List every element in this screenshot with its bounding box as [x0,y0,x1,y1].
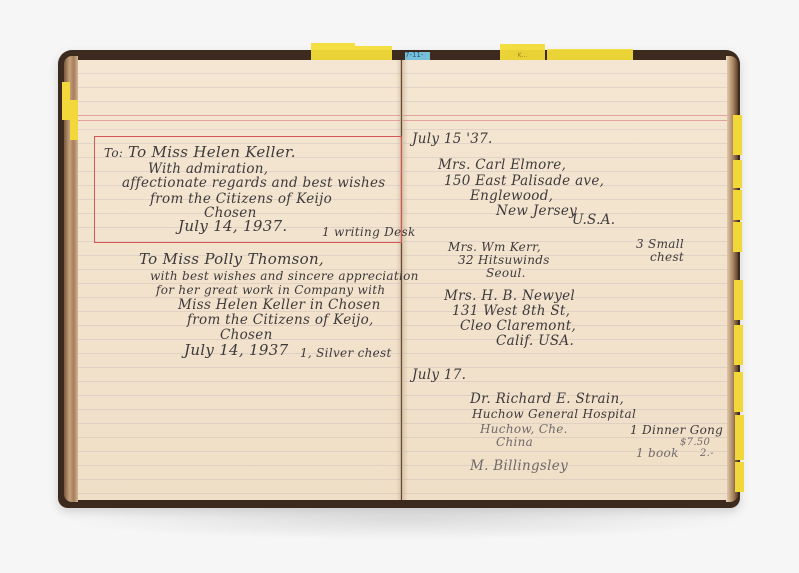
side-tab [735,415,744,460]
side-tab [734,325,743,365]
entry-line: 32 Hitsuwinds [458,253,550,267]
price-label: $7.50 [680,437,710,448]
billingsley-entry: M. Billingsley [470,458,568,474]
entry-line: Englewood, [470,188,553,204]
gift-label: chest [650,250,684,264]
side-tab [733,222,742,252]
header-rule [403,120,727,121]
side-tab [733,115,742,155]
entry-line: Cleo Claremont, [460,318,576,334]
entry-line: Calif. USA. [496,333,574,349]
header-rule [78,120,400,121]
entry-line: New Jersey [496,203,577,219]
left-edge-tab-1 [62,82,70,120]
price-label: 2.- [700,448,714,459]
entry-line: 150 East Palisade ave, [444,173,604,189]
left-edge-tab-2 [70,100,78,140]
entry-line: for her great work in Company with [156,283,385,297]
entry-line: Huchow General Hospital [472,407,636,421]
entry-line: Huchow, Che. [480,422,568,436]
gift-label: 1 writing Desk [322,225,416,239]
entry-date: July 14, 1937 [184,341,288,359]
gift-label: 1, Silver chest [300,346,392,360]
country-label: U.S.A. [572,212,615,228]
entry-line: 131 West 8th St, [452,303,570,319]
gift-label: 1 Dinner Gong [630,423,723,437]
entry-line: from the Citizens of Keijo, [187,312,374,328]
entry-line: Miss Helen Keller in Chosen [178,297,381,313]
entry-line: Mrs. Wm Kerr, [448,240,541,254]
side-tab [735,462,744,492]
entry-line: with best wishes and sincere appreciatio… [150,269,419,283]
entry-line: affectionate regards and best wishes [122,175,386,191]
side-tab [733,160,742,188]
entry-line: Mrs. H. B. Newyel [444,288,575,304]
entry-date: July 14, 1937. [178,217,287,235]
side-tab [734,372,743,412]
date-heading: July 15 '37. [412,131,493,147]
entry-line: Dr. Richard E. Strain, [470,391,624,407]
date-heading: July 17. [412,367,466,383]
header-rule [403,115,727,116]
side-tab [733,190,742,220]
gift-label: 1 book [636,446,679,460]
entry-line: To Miss Polly Thomson, [139,250,324,268]
to-prefix: To: [104,146,123,160]
gift-label: 3 Small [636,237,684,251]
entry-line: To Miss Helen Keller. [128,143,296,161]
side-tab [734,280,743,320]
header-rule [78,115,400,116]
entry-line: China [496,435,533,449]
entry-line: Mrs. Carl Elmore, [438,157,566,173]
entry-line: Seoul. [486,266,526,280]
